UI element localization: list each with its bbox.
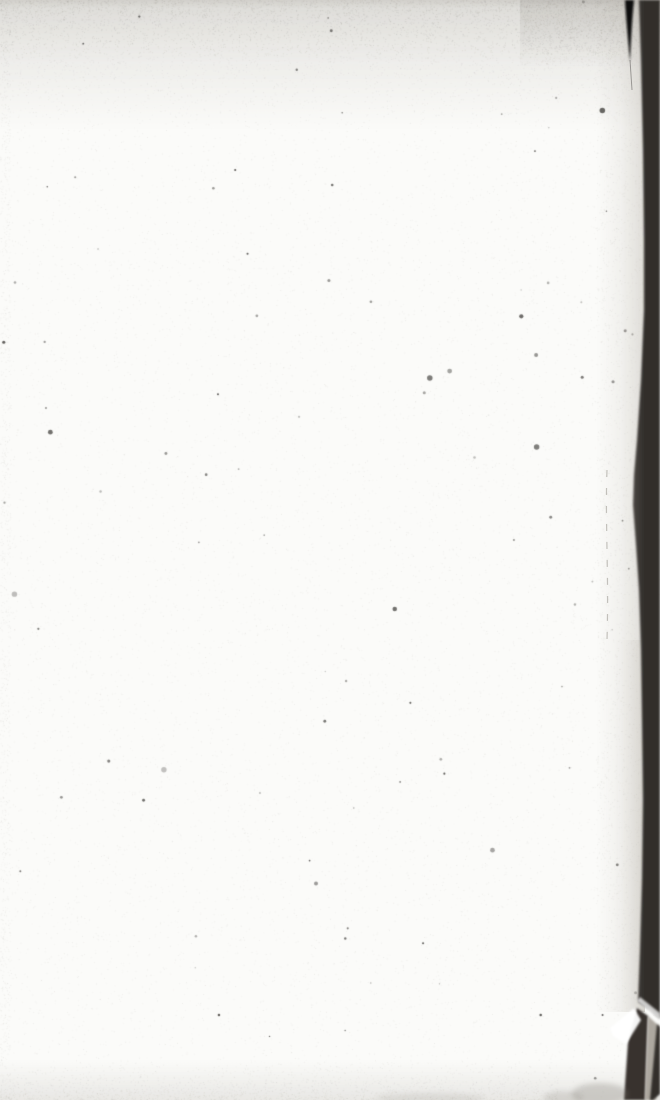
bottom-smudge-3 — [375, 1093, 485, 1100]
page-edge-overlay — [0, 0, 660, 1100]
scanned-book-page — [0, 0, 660, 1100]
